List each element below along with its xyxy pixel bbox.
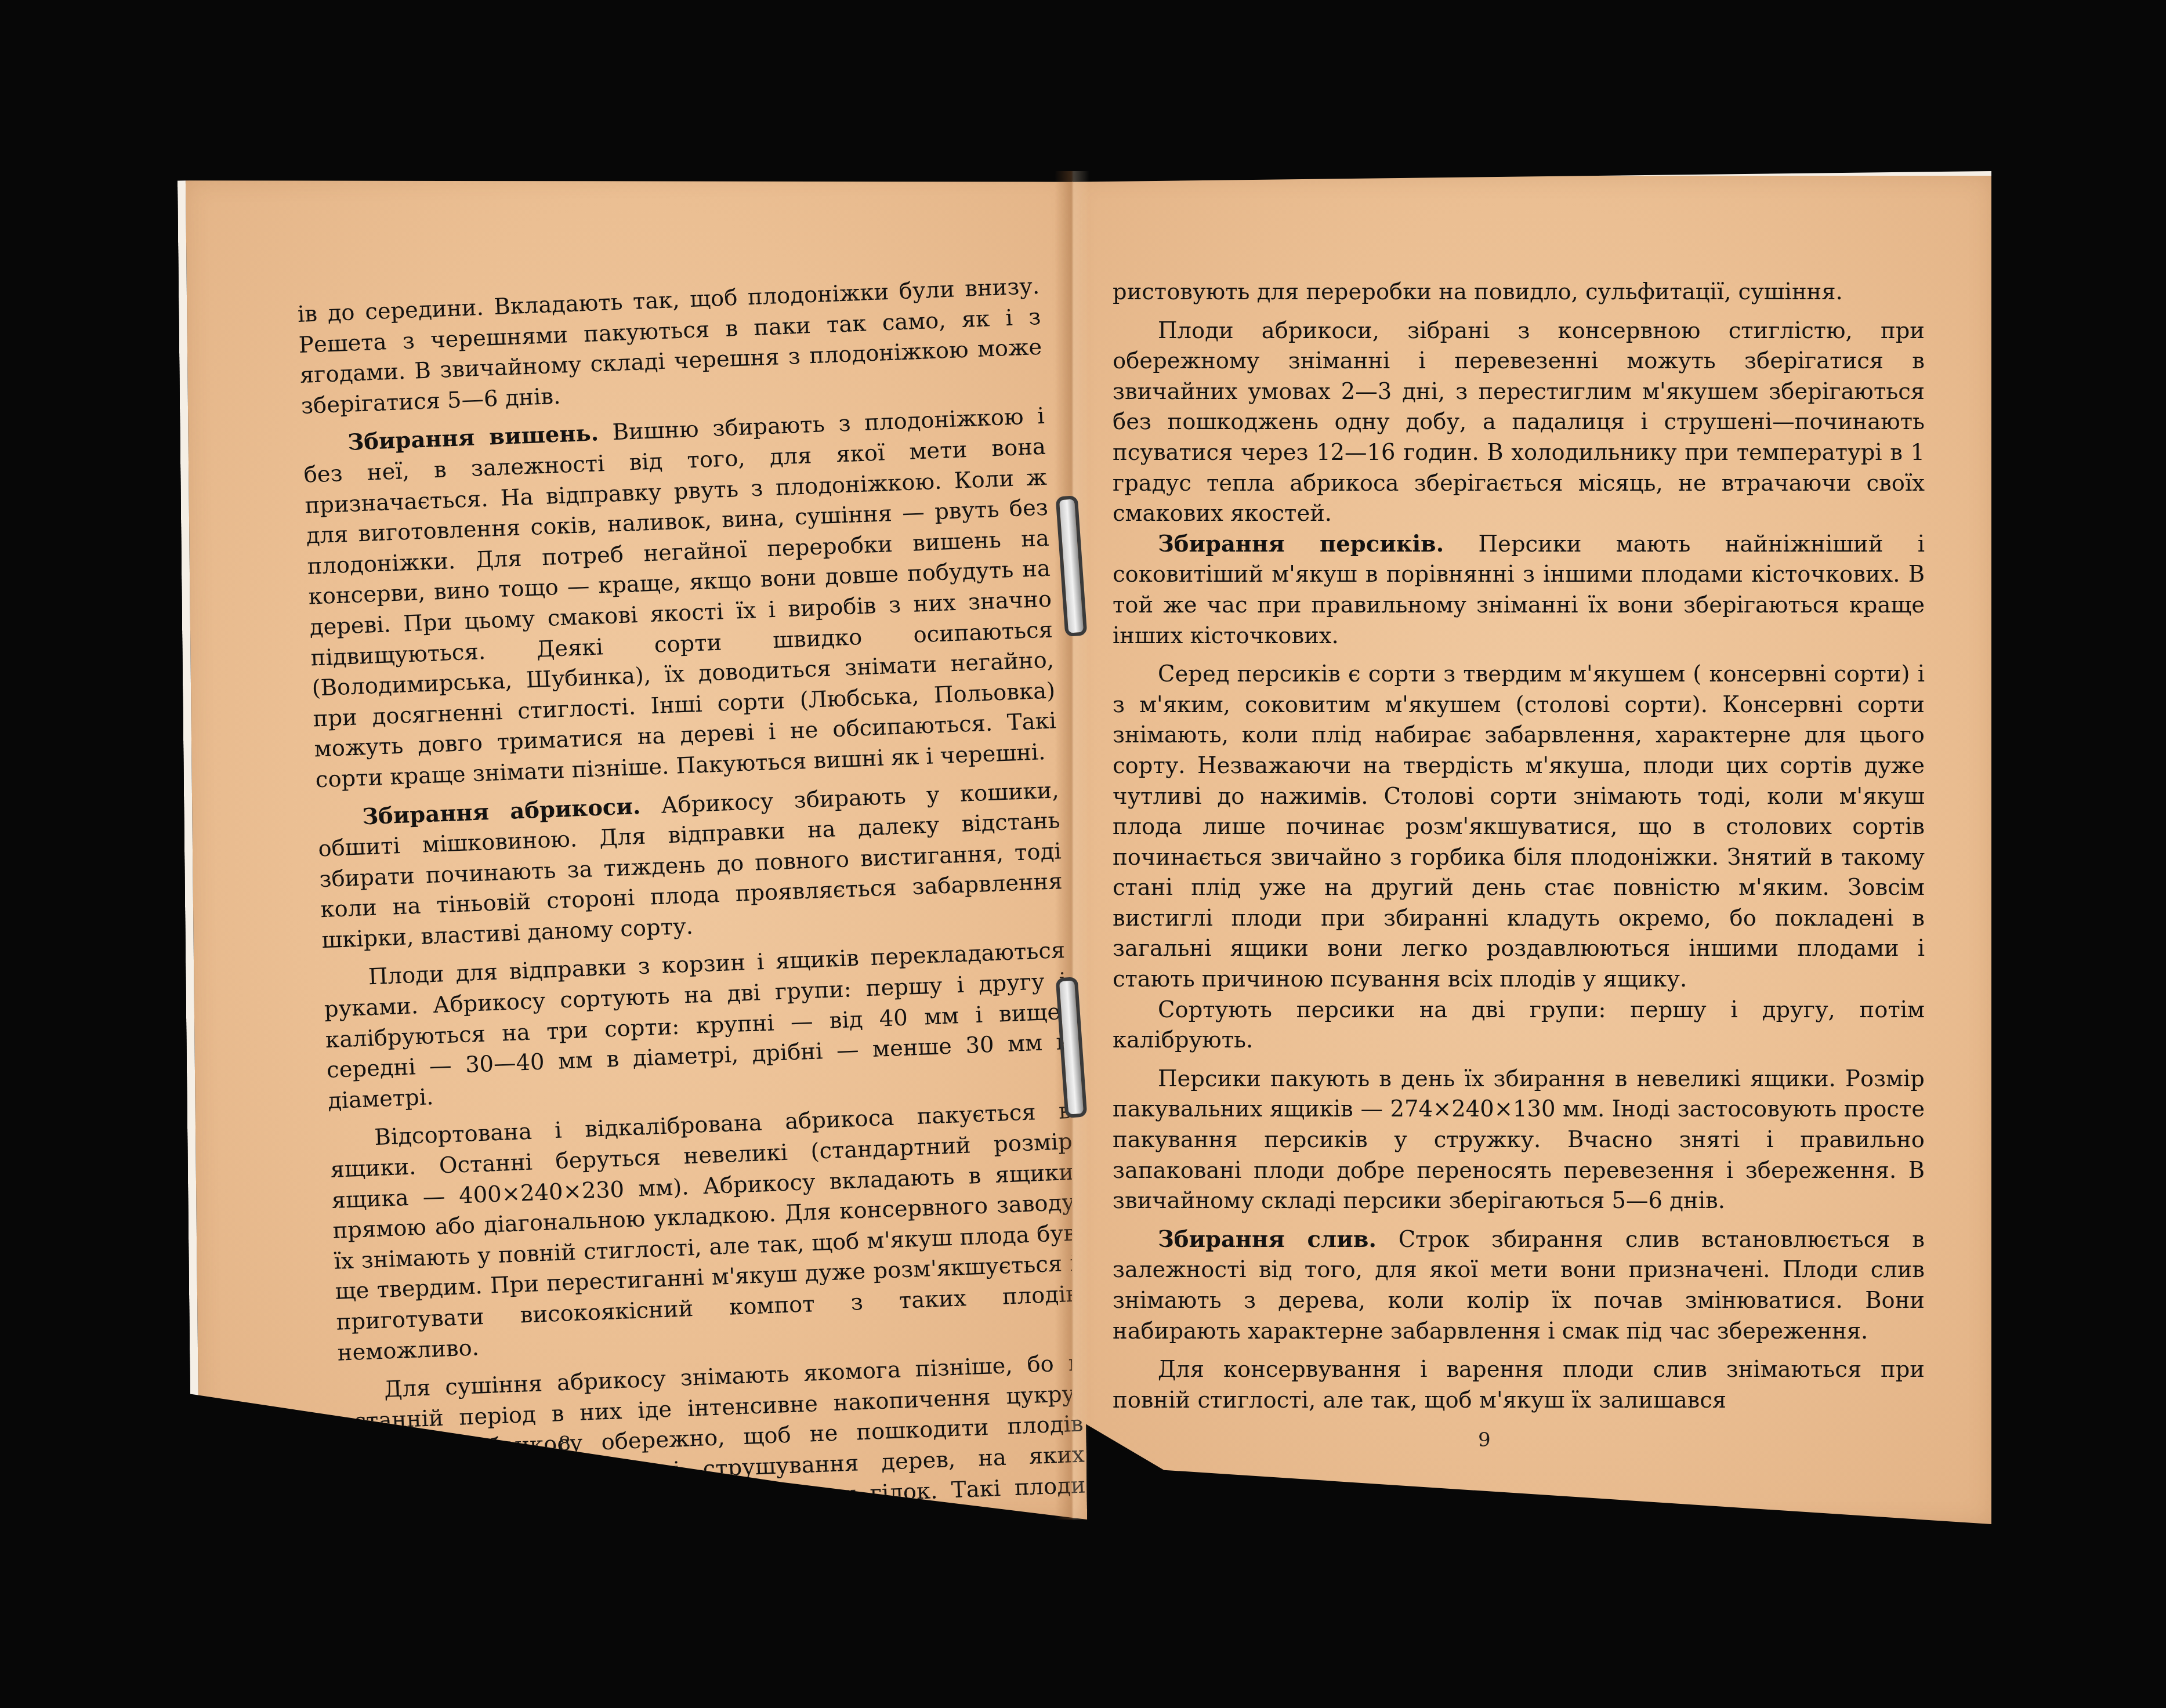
paragraph: Відсортована і відкалібрована абрикоса п… xyxy=(329,1096,1080,1369)
left-page: ів до середини. Вкладають так, щоб плодо… xyxy=(178,171,1087,1529)
paragraph-text: Плоди абрикоси, зібрані з консервною сти… xyxy=(1113,318,1925,527)
left-page-body: ів до середини. Вкладають так, щоб плодо… xyxy=(297,271,1088,1560)
section-heading: Збирання абрикоси. xyxy=(362,793,642,830)
paragraph: Плоди абрикоси, зібрані з консервною сти… xyxy=(1113,316,1925,530)
paragraph-text: Плоди для відправки з корзин і ящиків пе… xyxy=(324,938,1069,1114)
section-heading: Збирання вишень. xyxy=(347,420,599,456)
paragraph: Для сушіння абрикосу знімають якомога пі… xyxy=(338,1348,1087,1560)
right-page: ристовують для переробки на повидло, сул… xyxy=(1072,171,1991,1524)
paragraph-text: Персики пакують в день їх збирання в нев… xyxy=(1113,1066,1925,1214)
page-number: 8 xyxy=(559,1432,571,1455)
section-heading: Збирання слив. xyxy=(1158,1227,1377,1253)
section-paragraph: Збирання абрикоси. Абрикосу збирають у к… xyxy=(316,775,1064,956)
paragraph: ристовують для переробки на повидло, сул… xyxy=(1113,277,1925,308)
paragraph: Плоди для відправки з корзин і ящиків пе… xyxy=(323,936,1070,1117)
paragraph-text: Вишню збирають з плодоніжкою і без неї, … xyxy=(303,403,1057,793)
paragraph-text: Серед персиків є сорти з твердим м'якуше… xyxy=(1113,661,1925,992)
paragraph-text: Для консервування і варення плоди слив з… xyxy=(1113,1357,1925,1413)
paragraph-text: Відсортована і відкалібрована абрикоса п… xyxy=(330,1098,1079,1366)
binding-gutter xyxy=(1055,171,1089,1520)
paragraph: Серед персиків є сорти з твердим м'якуше… xyxy=(1113,659,1925,995)
section-paragraph: Збирання вишень. Вишню збирають з плодон… xyxy=(302,401,1058,796)
paragraph-text: Для сушіння абрикосу знімають якомога пі… xyxy=(340,1350,1086,1557)
paragraph: Персики пакують в день їх збирання в нев… xyxy=(1113,1064,1925,1217)
paragraph-text: ристовують для переробки на повидло, сул… xyxy=(1113,279,1843,305)
section-heading: Збирання персиків. xyxy=(1158,531,1444,557)
paragraph: ів до середини. Вкладають так, щоб плодо… xyxy=(297,271,1044,422)
paragraph: Сортують персики на дві групи: першу і д… xyxy=(1113,995,1925,1056)
right-page-body: ристовують для переробки на повидло, сул… xyxy=(1113,277,1925,1416)
paragraph: Для консервування і варення плоди слив з… xyxy=(1113,1355,1925,1416)
paragraph-text: ів до середини. Вкладають так, щоб плодо… xyxy=(297,273,1042,419)
paragraph-text: Сортують персики на дві групи: першу і д… xyxy=(1113,997,1925,1054)
page-number: 9 xyxy=(1478,1428,1491,1452)
section-paragraph: Збирання персиків. Персики мають найніжн… xyxy=(1113,530,1925,651)
booklet-spread: ів до середини. Вкладають так, щоб плодо… xyxy=(184,171,1991,1520)
section-paragraph: Збирання слив. Строк збирання слив встан… xyxy=(1113,1225,1925,1347)
